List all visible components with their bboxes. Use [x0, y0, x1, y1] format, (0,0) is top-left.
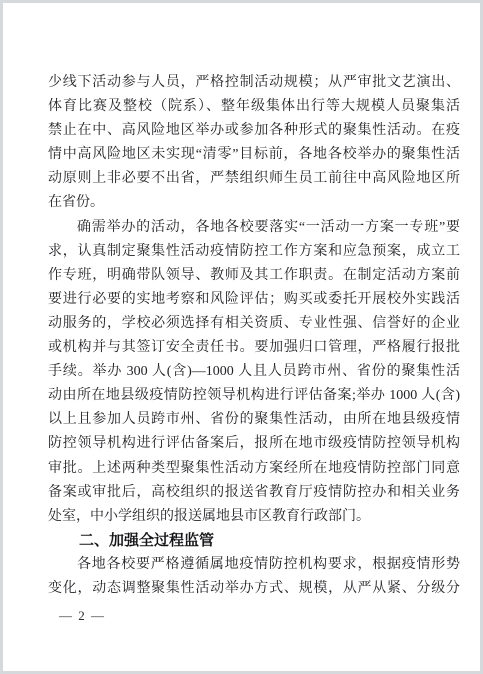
text-line: 各地各校要严格遵循属地疫情防控机构要求，根据疫情形势 — [48, 553, 460, 577]
text-line: 要进行必要的实地考察和风险评估；购买或委托开展校外实践活 — [48, 288, 460, 312]
text-line: 审批。上述两种类型聚集性活动方案经所在地疫情防控部门同意 — [48, 457, 460, 481]
text-line: 动服务的，学校必须选择有相关资质、专业性强、信誉好的企业 — [48, 312, 460, 336]
text-line: 动由所在地县级疫情防控领导机构进行评估备案;举办 1000 人(含) — [48, 384, 460, 408]
text-line: 变化，动态调整聚集性活动举办方式、规模，从严从紧、分级分 — [48, 577, 460, 601]
section-heading: 二、加强全过程监管 — [48, 529, 460, 553]
text-line: 防控领导机构进行评估备案后，报所在地市级疫情防控领导机构 — [48, 432, 460, 456]
text-line: 情中高风险地区未实现“清零”目标前，各地各校举办的聚集性活 — [48, 143, 460, 167]
text-line: 备案或审批后，高校组织的报送省教育厅疫情防控办和相关业务 — [48, 481, 460, 505]
text-line: 以上且参加人员跨市州、省份的聚集性活动，由所在地县级疫情 — [48, 408, 460, 432]
page-number: — 2 — — [59, 608, 106, 624]
document-body: 少线下活动参与人员，严格控制活动规模；从严审批文艺演出、体育比赛及整校（院系）、… — [48, 71, 460, 601]
text-line: 处室，中小学组织的报送属地县市区教育行政部门。 — [48, 505, 460, 529]
text-line: 动原则上非必要不出省，严禁组织师生员工前往中高风险地区所 — [48, 167, 460, 191]
text-line: 禁止在中、高风险地区举办或参加各种形式的聚集性活动。在疫 — [48, 119, 460, 143]
text-line: 求，认真制定聚集性活动疫情防控工作方案和应急预案，成立工 — [48, 240, 460, 264]
document-page: 少线下活动参与人员，严格控制活动规模；从严审批文艺演出、体育比赛及整校（院系）、… — [0, 0, 483, 674]
text-line: 少线下活动参与人员，严格控制活动规模；从严审批文艺演出、 — [48, 71, 460, 95]
text-line: 作专班，明确带队领导、教师及其工作职责。在制定活动方案前 — [48, 264, 460, 288]
text-line: 在省份。 — [48, 191, 460, 215]
text-line: 或机构并与其签订安全责任书。要加强归口管理，严格履行报批 — [48, 336, 460, 360]
text-line: 体育比赛及整校（院系）、整年级集体出行等大规模人员聚集活动。 — [48, 95, 460, 119]
text-line: 手续。举办 300 人(含)—1000 人且人员跨市州、省份的聚集性活 — [48, 360, 460, 384]
text-line: 确需举办的活动，各地各校要落实“一活动一方案一专班”要 — [48, 216, 460, 240]
